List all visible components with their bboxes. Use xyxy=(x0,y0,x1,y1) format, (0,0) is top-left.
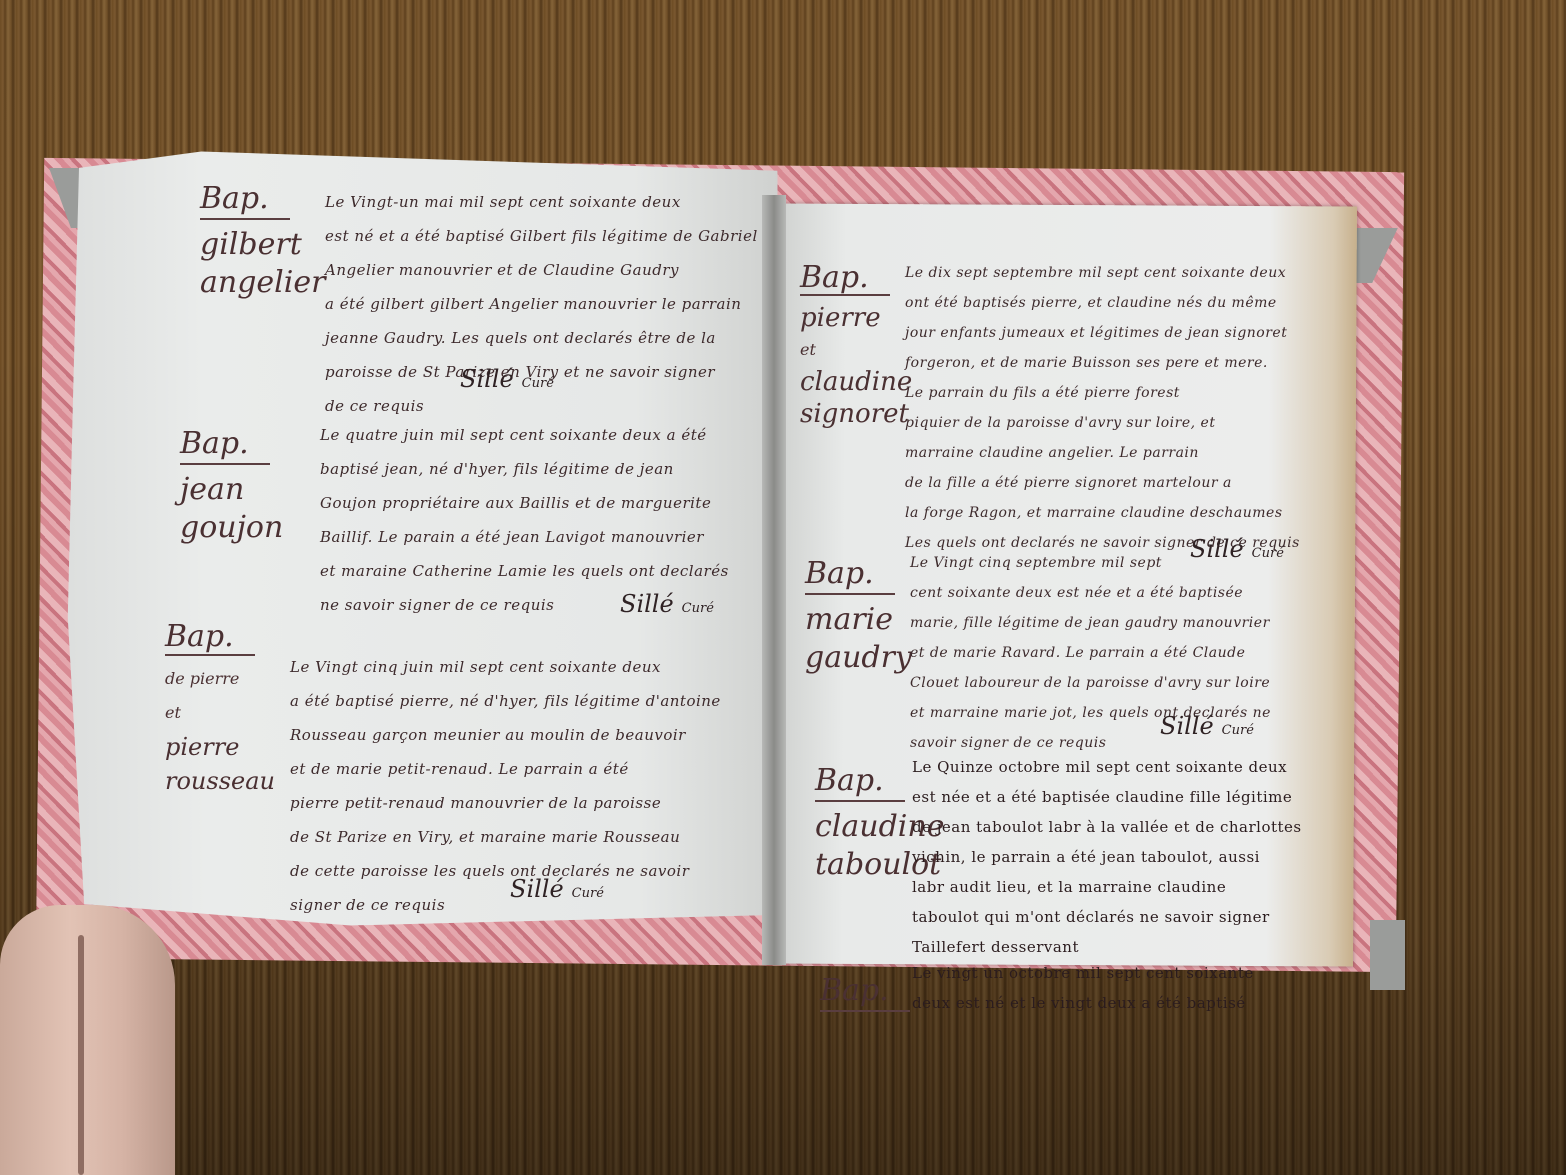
hand-fingers xyxy=(0,905,175,1175)
priest-signature: SilléCuré xyxy=(1160,712,1254,740)
margin-note: Bap. jean goujon xyxy=(180,425,283,547)
priest-signature: SilléCuré xyxy=(620,590,714,618)
priest-signature: SilléCuré xyxy=(510,875,604,903)
margin-note: Bap. de pierre et pierre rousseau xyxy=(165,620,275,798)
margin-note: Bap. marie gaudry xyxy=(805,555,912,677)
finger-gap xyxy=(78,935,84,1175)
register-entry: Le Vingt cinq septembre mil sept cent so… xyxy=(910,548,1340,758)
priest-signature: SilléCuré xyxy=(460,365,554,393)
register-entry: Le vingt un octobre mil sept cent soixan… xyxy=(912,958,1352,1018)
margin-note: Bap. xyxy=(820,972,910,1018)
margin-note: Bap. gilbert angelier xyxy=(200,180,325,302)
register-entry: Le dix sept septembre mil sept cent soix… xyxy=(905,258,1335,558)
register-entry: Le Quinze octobre mil sept cent soixante… xyxy=(912,752,1352,962)
margin-note: Bap. pierre et claudine signoret xyxy=(800,262,912,430)
cover-corner-bottom-right xyxy=(1370,920,1405,990)
